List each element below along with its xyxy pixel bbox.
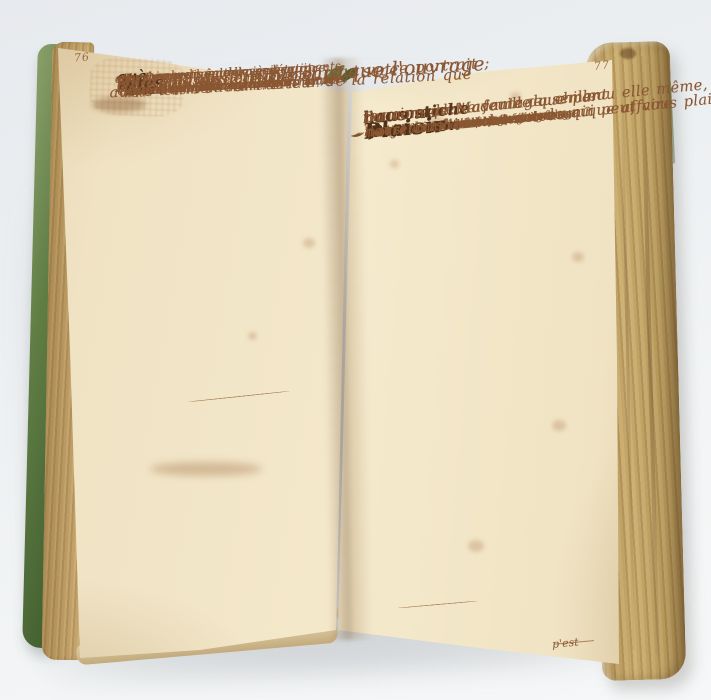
page-number-right: 77 xyxy=(593,59,610,72)
page-number-left: 76 xyxy=(74,51,91,63)
fore-edge-dark-spot xyxy=(620,48,636,59)
manuscript-photo: 76 77 Damon peignoit vos sentiments, quà… xyxy=(0,0,711,700)
foxing-spot xyxy=(572,252,584,262)
ink-smudge xyxy=(150,462,262,476)
foxing-spot xyxy=(390,160,399,168)
foxing-spot xyxy=(552,420,566,431)
left-page-text: Damon peignoit vos sentiments, quà mon b… xyxy=(114,52,354,81)
foxing-spot xyxy=(468,540,484,552)
foxing-spot xyxy=(303,238,315,248)
foxing-spot xyxy=(248,332,257,340)
catchword-text: p'est xyxy=(552,636,580,651)
